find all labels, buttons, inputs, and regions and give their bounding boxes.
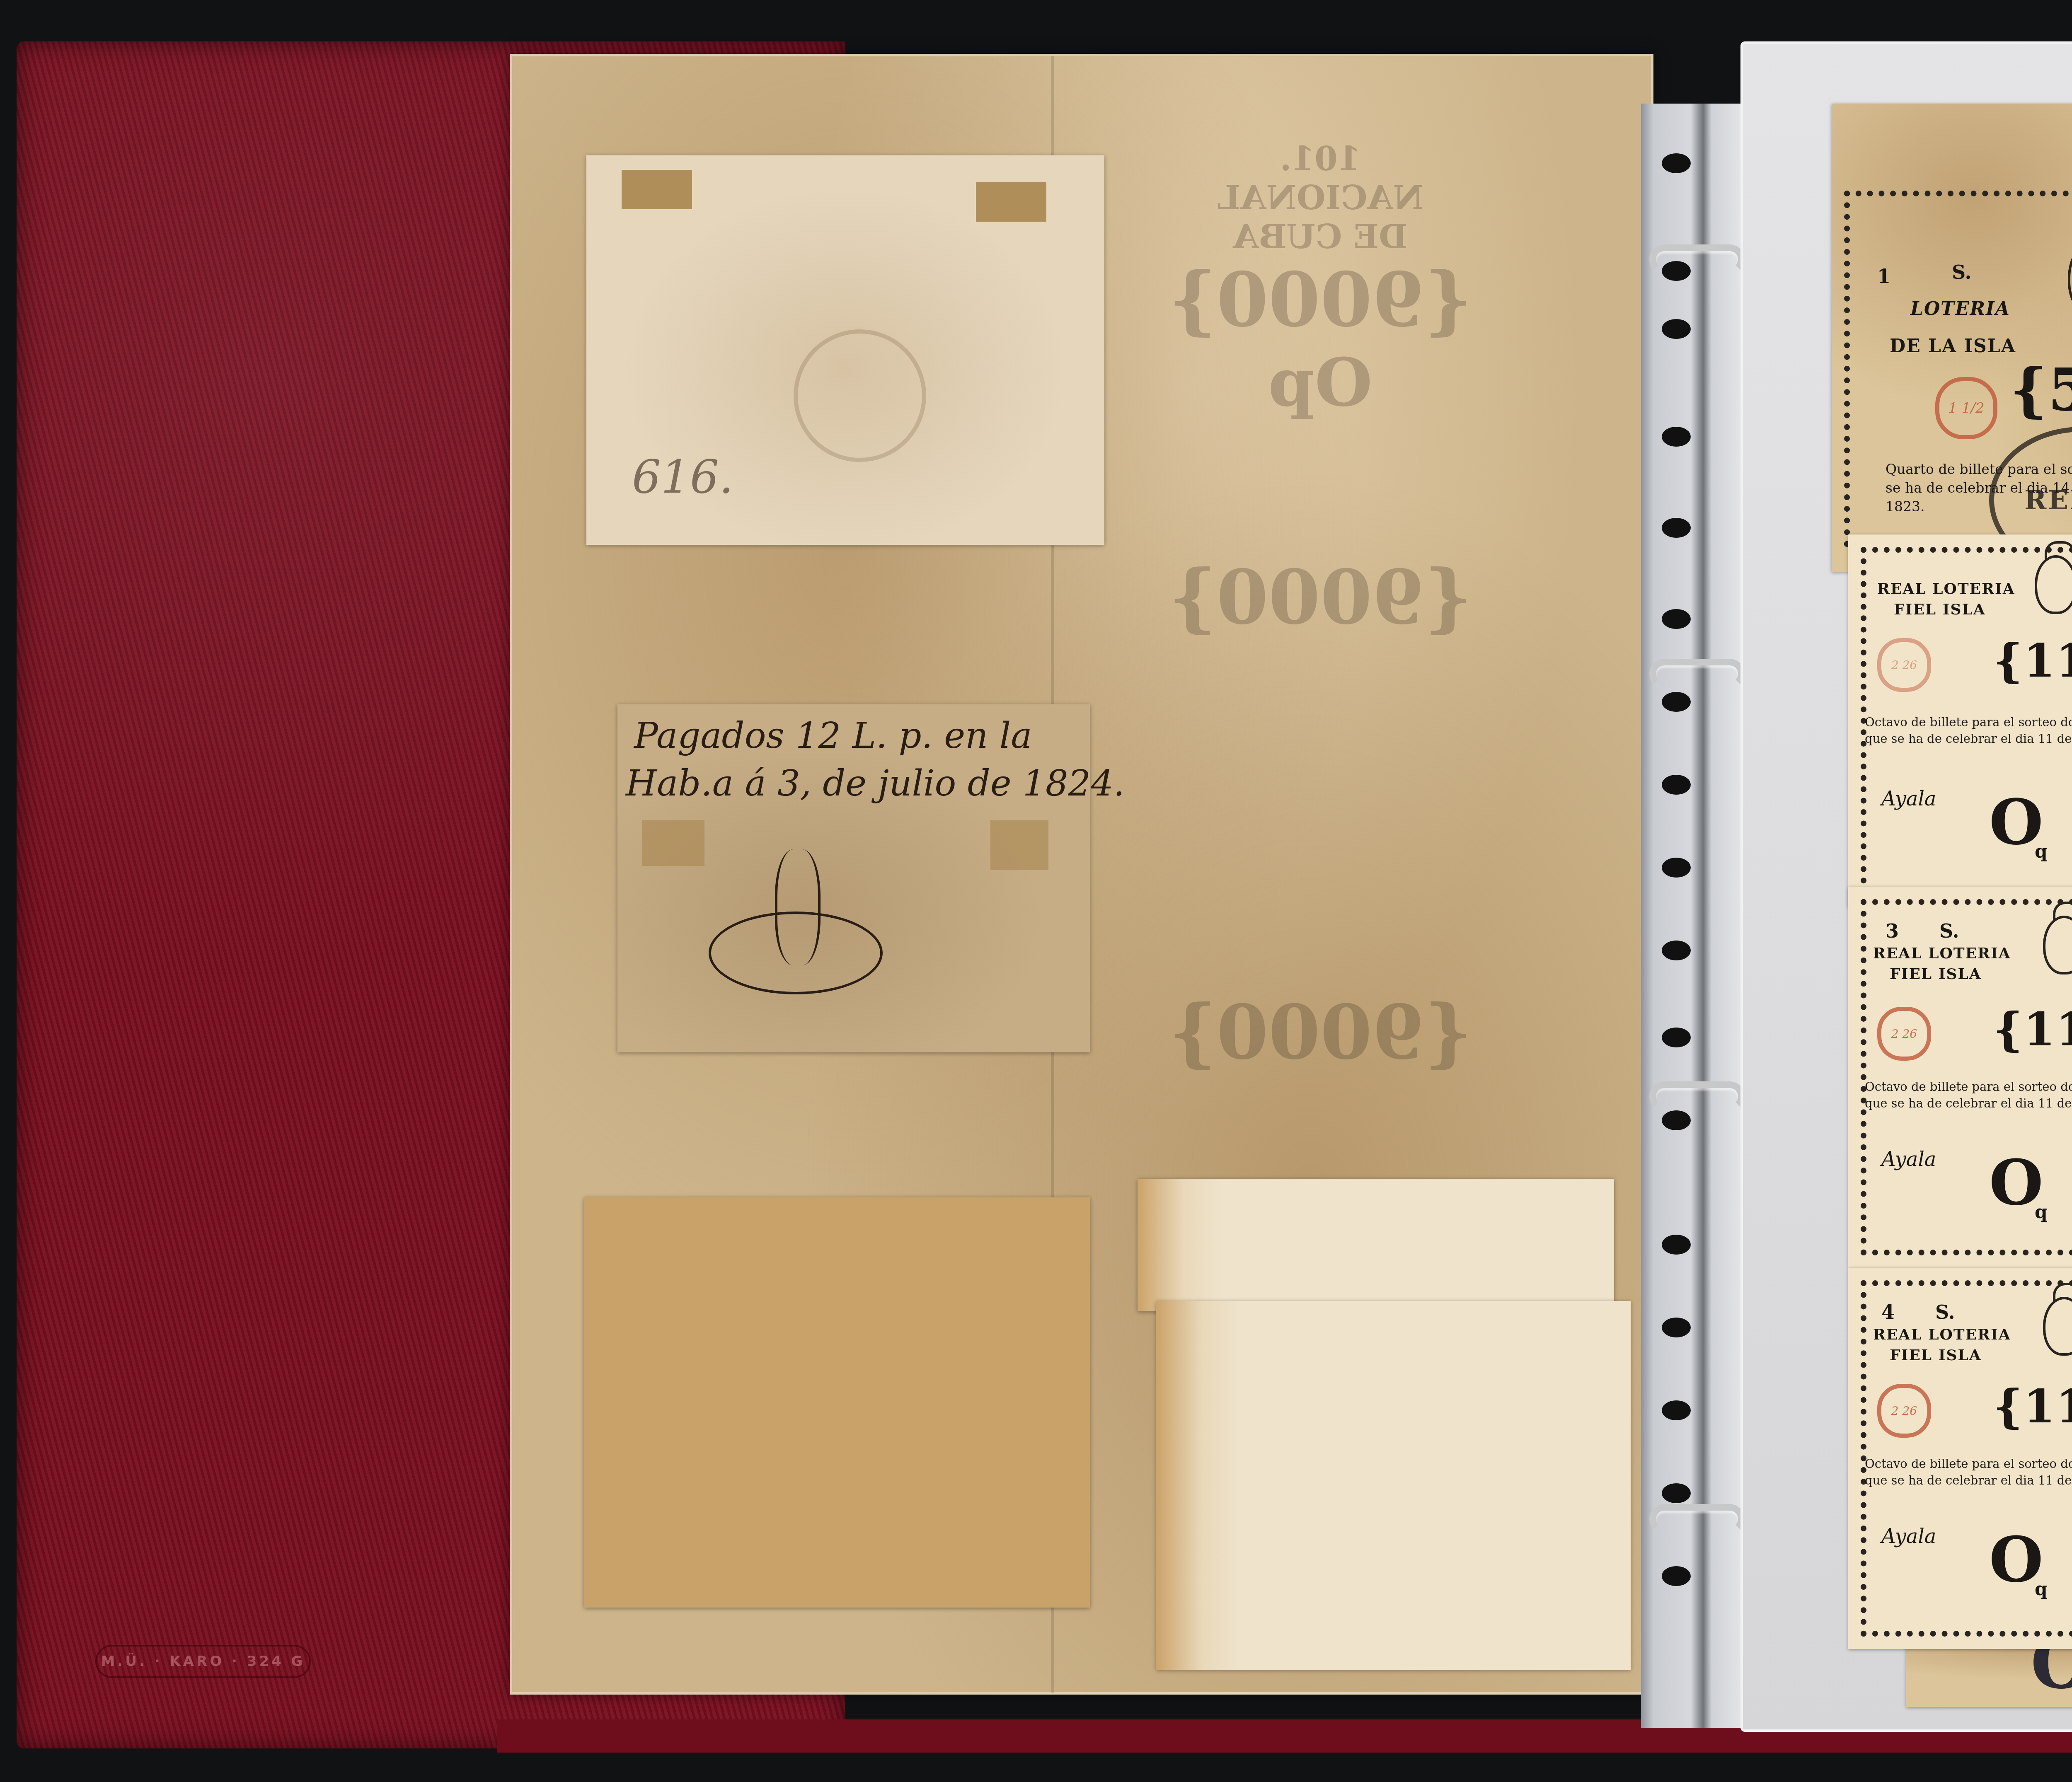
- hinge-tape: [976, 182, 1046, 222]
- ticket-text-line2: que se ha de celebrar el dia 11 de enero…: [1865, 1471, 2072, 1490]
- folded-paper-front: [1156, 1301, 1631, 1670]
- red-seal-stamp: 2 26: [1877, 638, 1931, 692]
- punch-hole: [1662, 1483, 1691, 1503]
- ticket-number: {11063}: [1993, 634, 2072, 687]
- binder-emboss-label: M.Ü. · KARO · 324 G: [95, 1645, 311, 1678]
- ticket-number: {11063}: [1993, 1003, 2072, 1056]
- punch-hole: [1662, 1235, 1691, 1255]
- ghost-stamp: [794, 329, 926, 462]
- mirrored-print-line: DE CUBA: [1134, 217, 1507, 256]
- ticket-reverse-card: 616.: [586, 155, 1104, 545]
- ticket-title-left-2: DE LA ISLA: [1890, 336, 2016, 357]
- mirrored-print-number: {9000}: [1134, 989, 1507, 1076]
- punch-hole: [1662, 858, 1691, 878]
- royal-crest-icon: [2035, 555, 2072, 614]
- ticket-text-line2: que se ha de celebrar el dia 11 de enero…: [1865, 729, 2072, 748]
- ticket-title-left-2: FIEL ISLA: [1890, 1347, 1982, 1364]
- punch-hole: [1662, 1028, 1691, 1047]
- ticket-sub-left: q: [2035, 841, 2048, 862]
- mirrored-print-line: NACIONAL: [1134, 178, 1507, 217]
- mirrored-print: 101. NACIONAL DE CUBA {9000} Op: [1134, 139, 1507, 421]
- punch-hole: [1662, 1400, 1691, 1420]
- ticket-s-label: S.: [1935, 1301, 1955, 1323]
- ticket-number: {11063}: [1993, 1380, 2072, 1433]
- ticket-text-line3: 1823.: [1886, 497, 1924, 516]
- ticket-title-left-1: REAL LOTERIA: [1873, 1326, 2011, 1343]
- handwritten-number: 616.: [632, 454, 733, 500]
- ticket-title-left-2: FIEL ISLA: [1894, 601, 1986, 618]
- mirrored-print-line: {9000}: [1134, 256, 1507, 343]
- binder-ring[interactable]: [1649, 244, 1745, 274]
- signature-flourish: [775, 849, 821, 965]
- ticket-s-label: S.: [1939, 920, 1959, 942]
- ticket-title-left-1: REAL LOTERIA: [1877, 580, 2015, 597]
- receipt-line-2: Hab.a á 3, de julio de 1824.: [626, 760, 1125, 807]
- punch-hole: [1662, 427, 1691, 447]
- payment-receipt-card: Pagados 12 L. p. en la Hab.a á 3, de jul…: [617, 704, 1090, 1052]
- hinge-tape: [642, 820, 704, 866]
- punch-hole: [1662, 692, 1691, 712]
- punch-hole: [1662, 609, 1691, 629]
- hinge-tape: [622, 170, 692, 209]
- receipt-line-1: Pagados 12 L. p. en la: [634, 713, 1032, 759]
- punch-hole: [1662, 1318, 1691, 1337]
- ticket-number: {5992}: [2010, 356, 2072, 424]
- ticket-serie-4: 4 S. 201. REAL LOTERIA FIEL ISLA DE LA S…: [1848, 1268, 2072, 1649]
- red-seal-stamp: 2 26: [1877, 1007, 1931, 1061]
- mirrored-print-line: Op: [1134, 343, 1507, 421]
- binder-spine: [1641, 104, 1753, 1728]
- ticket-text-line2: que se ha de celebrar el dia 11 de enero…: [1865, 1094, 2072, 1113]
- ticket-s-label: S.: [1952, 261, 1972, 283]
- ticket-signature: Ayala: [1881, 787, 1936, 810]
- ticket-serie: 4: [1881, 1301, 1895, 1323]
- ticket-5992: 1 S. 101. LOTERIA DE LA ISLA NACIONAL DE…: [1832, 104, 2072, 572]
- ticket-signature: Ayala: [1881, 1148, 1936, 1171]
- ticket-signature: Ayala: [1881, 1525, 1936, 1548]
- ticket-sub-left: q: [2035, 1202, 2048, 1223]
- punch-hole: [1662, 1566, 1691, 1586]
- punch-hole: [1662, 518, 1691, 538]
- ticket-title-left-2: FIEL ISLA: [1890, 965, 1982, 983]
- punch-hole: [1662, 775, 1691, 795]
- ticket-serie: 3: [1886, 920, 1899, 942]
- ticket-serie-3: 3 S. 201. REAL LOTERIA FIEL ISLA DE LA S…: [1848, 887, 2072, 1268]
- red-seal-stamp: 1 1/2: [1935, 377, 1997, 439]
- red-seal-stamp: 2 26: [1877, 1384, 1931, 1438]
- binder-ring[interactable]: [1649, 659, 1745, 689]
- mirrored-print-line: 101.: [1134, 139, 1507, 178]
- punch-hole: [1662, 1110, 1691, 1130]
- punch-hole: [1662, 319, 1691, 339]
- ticket-serie-2: REAL LOTERIA FIEL ISLA 201. DE LA SIEMPR…: [1848, 534, 2072, 907]
- mirrored-print-number: {9000}: [1134, 554, 1507, 641]
- binder-ring[interactable]: [1649, 1081, 1745, 1111]
- folded-paper-back: [1138, 1179, 1614, 1311]
- kraft-paper-card: [584, 1197, 1090, 1608]
- hinge-tape: [990, 820, 1048, 870]
- ticket-serie: 1: [1877, 265, 1890, 288]
- punch-hole: [1662, 941, 1691, 960]
- ticket-sub-left: q: [2035, 1579, 2048, 1600]
- punch-hole: [1662, 153, 1691, 173]
- ticket-title-left-1: LOTERIA: [1910, 298, 2010, 319]
- ticket-title-left-1: REAL LOTERIA: [1873, 945, 2011, 962]
- binder-ring[interactable]: [1649, 1504, 1745, 1534]
